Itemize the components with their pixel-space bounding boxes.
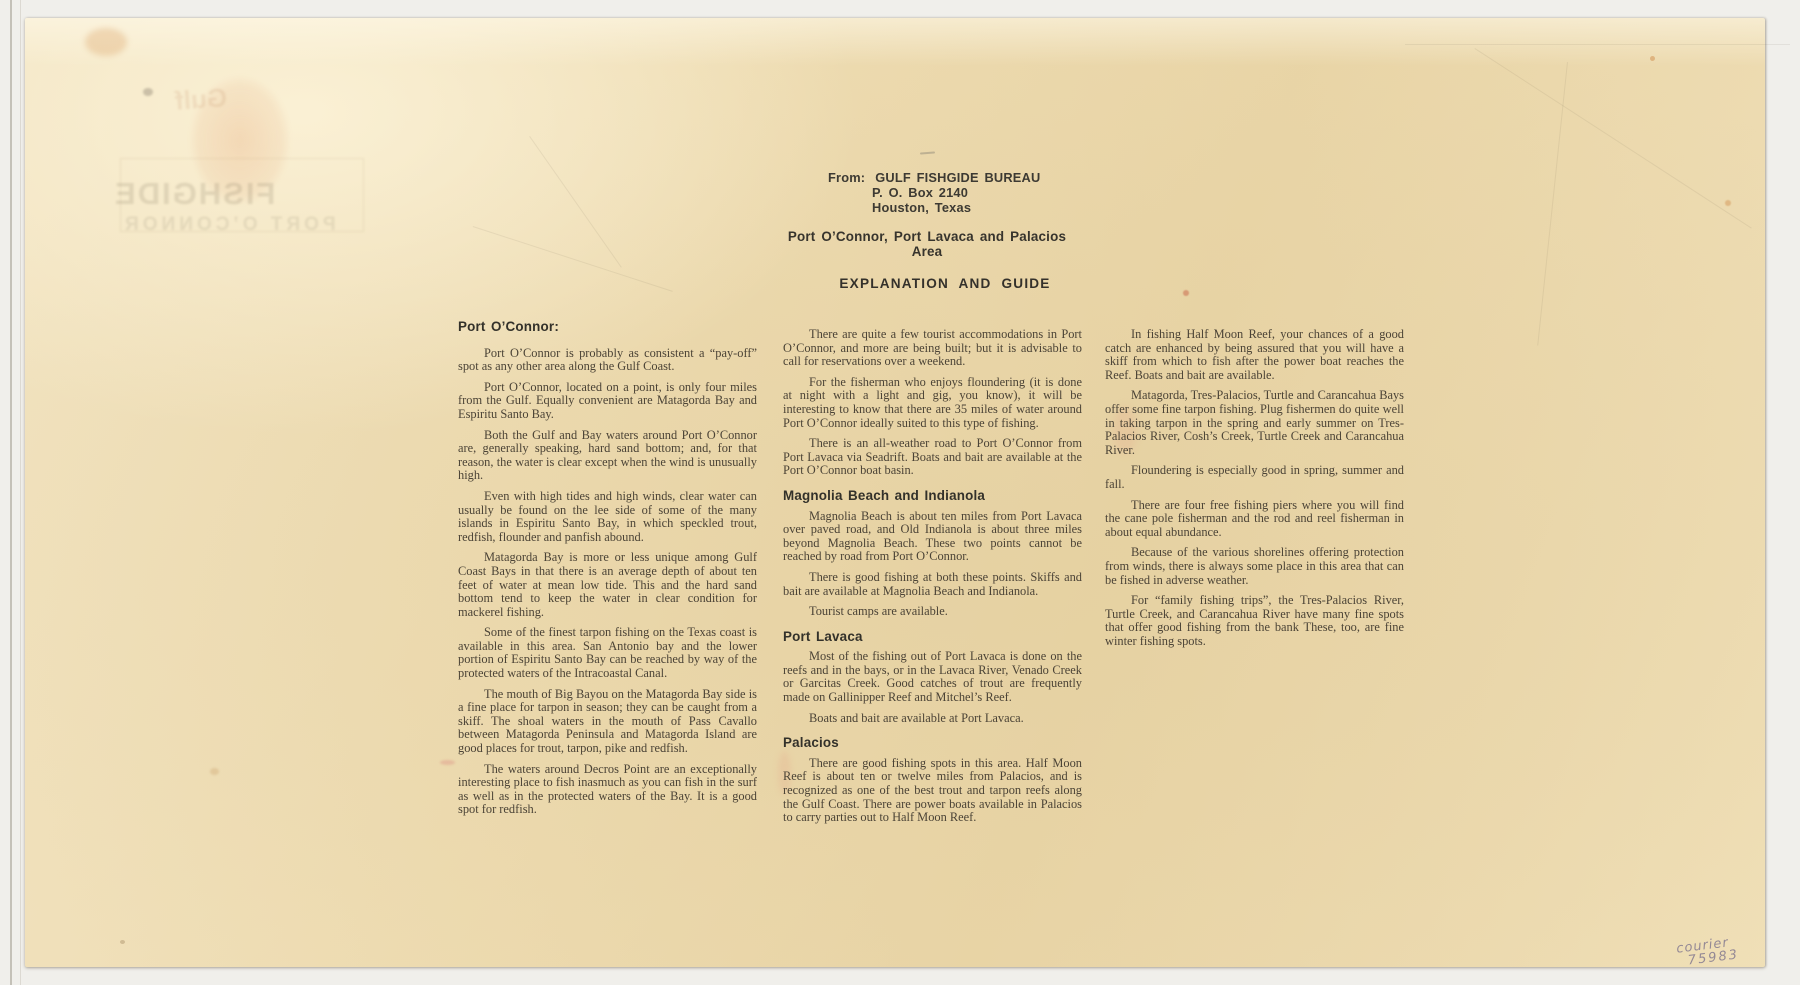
paper-sheet: Gulf FISHGIDE PORT O’CONNOR From: GULF F…	[25, 18, 1765, 967]
ghost-map-line	[1474, 48, 1751, 229]
paragraph: There are four free fishing piers where …	[1105, 499, 1404, 540]
scanner-edge-line-2	[20, 0, 21, 985]
paragraph: The mouth of Big Bayou on the Matagorda …	[458, 688, 757, 756]
section-heading-magnolia-beach: Magnolia Beach and Indianola	[783, 489, 1082, 503]
paragraph: Matagorda, Tres-Palacios, Turtle and Car…	[1105, 389, 1404, 457]
paragraph: Most of the fishing out of Port Lavaca i…	[783, 650, 1082, 704]
paragraph: There are good fishing spots in this are…	[783, 757, 1082, 825]
from-label: From:	[828, 170, 865, 185]
page-title: EXPLANATION AND GUIDE	[795, 276, 1095, 291]
address-line-2: Houston, Texas	[828, 200, 1040, 215]
column-2: There are quite a few tourist accommodat…	[783, 328, 1082, 832]
stain	[210, 768, 219, 775]
paragraph: Port O’Connor, located on a point, is on…	[458, 381, 757, 422]
paragraph: There are quite a few tourist accommodat…	[783, 328, 1082, 369]
address-line-1: P. O. Box 2140	[828, 185, 1040, 200]
paragraph: In fishing Half Moon Reef, your chances …	[1105, 328, 1404, 382]
column-1: Port O’Connor: Port O’Connor is probably…	[458, 320, 757, 824]
section-heading-palacios: Palacios	[783, 736, 1082, 750]
paragraph: Because of the various shorelines offeri…	[1105, 546, 1404, 587]
bleedthrough-gulf-logo-disc	[190, 76, 290, 204]
ghost-map-line	[473, 226, 673, 292]
paragraph: Magnolia Beach is about ten miles from P…	[783, 510, 1082, 564]
paragraph: Both the Gulf and Bay waters around Port…	[458, 429, 757, 483]
ghost-map-line	[529, 136, 622, 268]
section-heading-port-lavaca: Port Lavaca	[783, 630, 1082, 644]
bleedthrough-title-box	[120, 158, 364, 232]
stain	[85, 28, 127, 56]
paragraph: For “family fishing trips”, the Tres-Pal…	[1105, 594, 1404, 648]
paragraph: Matagorda Bay is more or less unique amo…	[458, 551, 757, 619]
ghost-map-line	[1537, 62, 1568, 346]
paragraph: Floundering is especially good in spring…	[1105, 464, 1404, 491]
ghost-map-line	[1405, 44, 1790, 45]
paragraph: Tourist camps are available.	[783, 605, 1082, 619]
stain	[1650, 56, 1655, 61]
organization-name: GULF FISHGIDE BUREAU	[875, 170, 1040, 185]
stain	[1725, 200, 1731, 206]
section-heading-port-oconnor: Port O’Connor:	[458, 320, 757, 334]
scanner-edge-line	[10, 0, 12, 985]
paragraph: Some of the finest tarpon fishing on the…	[458, 626, 757, 680]
paragraph: There is good fishing at both these poin…	[783, 571, 1082, 598]
paragraph: Port O’Connor is probably as consistent …	[458, 347, 757, 374]
paragraph: For the fisherman who enjoys floundering…	[783, 376, 1082, 430]
stain	[1183, 290, 1189, 296]
bleedthrough-port-oconnor-text: PORT O’CONNOR	[121, 214, 336, 236]
paragraph: Even with high tides and high winds, cle…	[458, 490, 757, 544]
stain	[143, 88, 153, 96]
paragraph: There is an all-weather road to Port O’C…	[783, 437, 1082, 478]
stain	[120, 940, 125, 944]
stain	[440, 760, 455, 765]
area-subtitle: Port O’Connor, Port Lavaca and Palacios …	[777, 229, 1077, 259]
paragraph: The waters around Decros Point are an ex…	[458, 763, 757, 817]
paragraph: Boats and bait are available at Port Lav…	[783, 712, 1082, 726]
bleedthrough-fishgide-text: FISHGIDE	[113, 176, 275, 212]
handwritten-note: courier 75983	[1676, 935, 1740, 968]
sender-block: From: GULF FISHGIDE BUREAU P. O. Box 214…	[828, 170, 1040, 215]
bleedthrough-gulf-logo-text: Gulf	[174, 82, 228, 117]
column-3: In fishing Half Moon Reef, your chances …	[1105, 328, 1404, 655]
scan-mark	[920, 151, 935, 154]
